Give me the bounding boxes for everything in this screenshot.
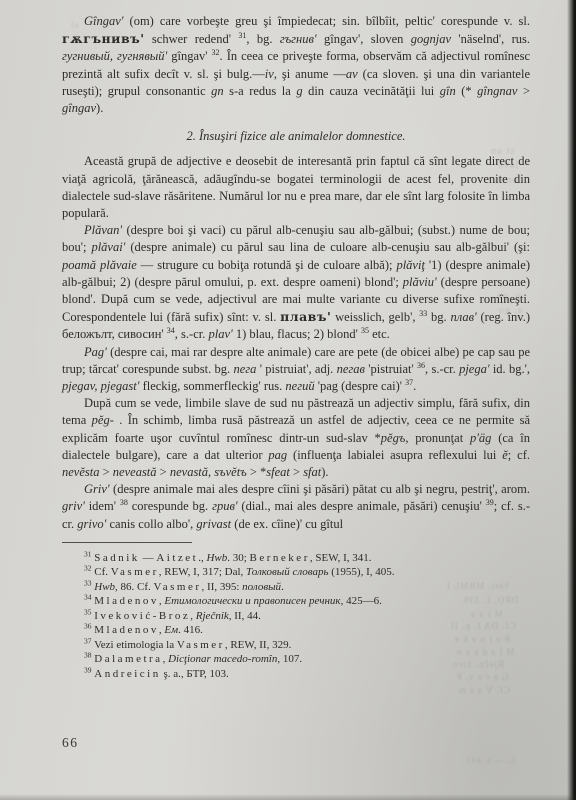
footnote-number: 37 — [84, 636, 92, 645]
footnotes-list: 31 Sadnik — Aitzet., Hwb. 30; Berneker, … — [62, 551, 530, 681]
paragraph: Această grupă de adjective e deosebit de… — [62, 153, 530, 222]
paragraph: Griv' (despre animale mai ales despre cî… — [62, 481, 530, 533]
footnote: 31 Sadnik — Aitzet., Hwb. 30; Berneker, … — [62, 551, 530, 565]
footnote: 33 Hwb, 86. Cf. Vasmer, II, 395: половый… — [62, 580, 530, 594]
footnote: 36 Mladenov, Ем. 416. — [62, 623, 530, 637]
footnote: 37 Vezi etimologia la Vasmer, REW, II, 3… — [62, 638, 530, 652]
footnote-number: 38 — [84, 651, 92, 660]
body-text: Gîngav' (om) care vorbeşte greu şi împie… — [62, 13, 530, 533]
scan-edge-shadow — [567, 0, 576, 800]
footnote-number: 36 — [84, 622, 92, 631]
footnote-number: 33 — [84, 578, 92, 587]
footnote: 34 Mladenov, Етимологически и правописен… — [62, 594, 530, 608]
footnote-number: 32 — [84, 564, 92, 573]
section-heading: 2. Însuşiri fizice ale animalelor domnes… — [62, 128, 530, 145]
page-body: Gîngav' (om) care vorbeşte greu şi împie… — [62, 13, 530, 681]
paragraph: Gîngav' (om) care vorbeşte greu şi împie… — [62, 13, 530, 117]
footnote: 38 Dalametra, Dicţionar macedo-romîn, 10… — [62, 652, 530, 666]
scanned-book-page: ulst unlavšonescu, pea, goVeti. MRML IDR… — [0, 0, 576, 800]
paragraph: Pag' (despre cai, mai rar despre alte an… — [62, 344, 530, 396]
footnote-separator — [62, 542, 192, 543]
bleedthrough-text: Cf. V a s m — [458, 685, 510, 695]
scan-bottom-shadow — [0, 794, 576, 800]
footnote-number: 31 — [84, 549, 92, 558]
footnote-number: 39 — [84, 665, 92, 674]
footnote-number: 35 — [84, 607, 92, 616]
footnote: 39 Andreicin ş. a., БТР, 103. — [62, 667, 530, 681]
footnote-number: 34 — [84, 593, 92, 602]
footnote: 32 Cf. Vasmer, REW, I, 317; Dal, Толковы… — [62, 565, 530, 579]
page-number: 66 — [62, 735, 79, 751]
bleedthrough-text: E. — s. 433 — [466, 756, 515, 765]
paragraph: După cum se vede, limbile slave de sud n… — [62, 395, 530, 481]
footnote: 35 Iveković-Broz, Rječnik, II, 44. — [62, 609, 530, 623]
paragraph: Plăvan' (despre boi şi vaci) cu părul al… — [62, 222, 530, 343]
